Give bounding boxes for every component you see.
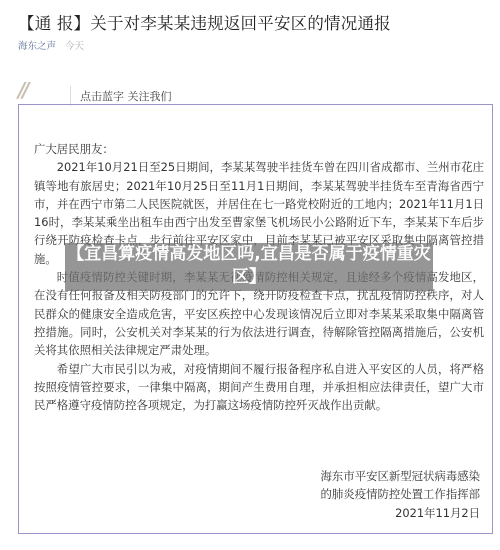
signature-block: 海东市平安区新型冠状病毒感染 的肺炎疫情防控处置工作指挥部 2021年11月2日: [321, 467, 480, 522]
signature-date: 2021年11月2日: [321, 504, 480, 522]
paragraph-3: 希望广大市民引以为戒，对疫情期间不履行报备程序私自进入平安区的人员，将严格按照疫…: [34, 360, 484, 415]
quote-icon: //: [18, 80, 27, 100]
article-title: 【通 报】关于对李某某违规返回平安区的情况通报: [18, 10, 391, 34]
source-link[interactable]: 海东之声: [18, 41, 56, 52]
publish-time: 今天: [65, 41, 84, 52]
signature-line-1: 海东市平安区新型冠状病毒感染: [321, 467, 480, 485]
article-meta: 海东之声 今天: [18, 38, 84, 52]
follow-prompt[interactable]: 点击蓝字 关注我们: [80, 88, 172, 104]
headline-overlay: 【宜昌算疫情高发地区吗,宜昌是否属于疫情重灾区】: [65, 243, 433, 289]
signature-line-2: 的肺炎疫情防控处置工作指挥部: [321, 485, 480, 503]
greeting: 广大居民朋友：: [34, 140, 484, 158]
divider: [70, 86, 71, 106]
